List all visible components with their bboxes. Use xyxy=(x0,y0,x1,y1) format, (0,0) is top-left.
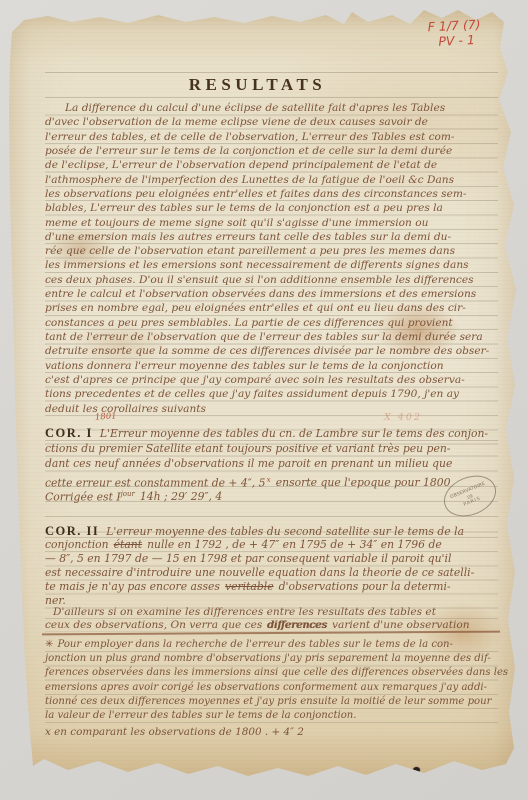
corrected-epoch-value: 14h ; 29′ 29″, 4 xyxy=(140,490,222,503)
manuscript-line: cette erreur est constamment de + 4″, 5x… xyxy=(45,472,498,487)
corollary-2-text: L'erreur moyenne des tables du second sa… xyxy=(106,525,464,538)
manuscript-line: entre le calcul et l'observation observé… xyxy=(45,287,498,301)
manuscript-line: te mais je n'ay pas encore assesveritabl… xyxy=(45,580,498,594)
cor2-line5-end: d'observations pour la determi- xyxy=(279,580,451,593)
archive-ref-line2: PV - 1 xyxy=(438,32,482,49)
manuscript-line: est necessaire d'introduire une nouvelle… xyxy=(45,566,498,580)
closing-line-end: varient d'une observation xyxy=(332,619,470,631)
manuscript-line: La difference du calcul d'une éclipse de… xyxy=(45,101,498,115)
manuscript-line: rée que celle de l'observation etant par… xyxy=(45,244,498,258)
manuscript-line: conjonctionétantnulle en 1792 , de + 47″… xyxy=(45,538,498,552)
manuscript-page: F 1/7 (7) PV - 1 RESULTATS La difference… xyxy=(0,0,528,800)
manuscript-line: les observations peu eloignées entr'elle… xyxy=(45,187,498,201)
manuscript-line: tant de l'erreur de l'observation que de… xyxy=(45,330,498,344)
corollary-2-heading: COR. II xyxy=(45,524,99,538)
scan-background: F 1/7 (7) PV - 1 RESULTATS La difference… xyxy=(0,0,528,800)
faded-red-note: X 402 xyxy=(384,412,422,423)
corollary-1-heading: COR. I xyxy=(45,426,93,440)
manuscript-line: vations donnera l'erreur moyenne des tab… xyxy=(45,359,498,373)
epoch-text: ensorte que l'epoque pour 1800 xyxy=(276,476,451,489)
manuscript-line: x en comparant les observations de 1800 … xyxy=(45,726,498,738)
manuscript-line: blables, L'erreur des tables sur le tems… xyxy=(45,201,498,215)
page-title: RESULTATS xyxy=(31,75,484,95)
archive-reference: F 1/7 (7) PV - 1 xyxy=(427,17,481,50)
manuscript-line: l'erreur des tables, et de celle de l'ob… xyxy=(45,130,498,144)
manuscript-line: — 8″, 5 en 1797 de — 15 en 1798 et par c… xyxy=(45,552,498,566)
paragraph-main: La difference du calcul d'une éclipse de… xyxy=(45,101,498,445)
manuscript-line: ✳Pour employer dans la recherche de l'er… xyxy=(45,638,498,652)
overwritten-word: differences xyxy=(267,619,327,631)
manuscript-line: dant ces neuf années d'observations il m… xyxy=(45,456,498,471)
inserted-year-note: 1801 xyxy=(95,411,117,422)
manuscript-line: meme et toujours de meme signe soit qu'i… xyxy=(45,216,498,230)
manuscript-line: Corrigée est Ijour14h ; 29′ 29″, 4 xyxy=(45,487,498,502)
ruled-line xyxy=(45,72,498,73)
cor2-line5-text: te mais je n'ay pas encore asses xyxy=(45,580,220,593)
closing-line-text: ceux des observations, On verra que ces xyxy=(45,619,262,631)
manuscript-line: la valeur de l'erreur des tables sur le … xyxy=(45,709,498,723)
ink-blot xyxy=(413,767,420,773)
jour-superscript: jour xyxy=(121,490,135,498)
manuscript-line: tions precedentes et de celles que j'ay … xyxy=(45,387,498,401)
manuscript-line: ferences observées dans les immersions a… xyxy=(45,666,498,680)
manuscript-line: ctions du premier Satellite etant toujou… xyxy=(45,441,498,456)
asterisk-mark: ✳ xyxy=(45,639,53,650)
manuscript-line: COR. IIL'erreur moyenne des tables du se… xyxy=(45,524,498,538)
corollary-1-text: L'Erreur moyenne des tables du cn. de La… xyxy=(100,427,488,440)
footnote-text: Pour employer dans la recherche de l'err… xyxy=(57,639,453,650)
struck-word: étant xyxy=(114,538,142,551)
manuscript-line: posée de l'erreur sur le tems de la conj… xyxy=(45,144,498,158)
manuscript-line: ces deux phases. D'ou il s'ensuit que si… xyxy=(45,273,498,287)
footnote-reference-mark: x xyxy=(267,475,271,484)
corrected-epoch-text: Corrigée est I xyxy=(45,490,121,503)
corollary-2: COR. IIL'erreur moyenne des tables du se… xyxy=(45,524,498,609)
manuscript-line: COR. IL'Erreur moyenne des tables du cn.… xyxy=(45,426,498,441)
corollary-1: COR. IL'Erreur moyenne des tables du cn.… xyxy=(45,426,498,533)
comparison-note: x en comparant les observations de 1800 … xyxy=(45,726,498,738)
manuscript-line: emersions apres avoir corigé les observa… xyxy=(45,681,498,695)
struck-word: veritable xyxy=(225,580,274,593)
manuscript-line: jonction un plus grand nombre d'observat… xyxy=(45,652,498,666)
conjonction-text: conjonction xyxy=(45,538,109,551)
manuscript-line: constances a peu pres semblables. La par… xyxy=(45,316,498,330)
manuscript-line: d'une emersion mais les autres erreurs t… xyxy=(45,230,498,244)
ruled-line xyxy=(45,97,498,98)
stamp-text-bottom: PARIS xyxy=(463,496,482,507)
manuscript-line: c'est d'apres ce principe que j'ay compa… xyxy=(45,373,498,387)
footnote-block: ✳Pour employer dans la recherche de l'er… xyxy=(45,638,498,723)
manuscript-line: detruite ensorte que la somme de ces dif… xyxy=(45,344,498,358)
manuscript-line: prises en nombre egal, peu eloignées ent… xyxy=(45,301,498,315)
manuscript-line: de l'eclipse, L'erreur de l'observation … xyxy=(45,158,498,172)
manuscript-line: d'avec l'observation de la meme eclipse … xyxy=(45,115,498,129)
manuscript-line: tionné ces deux differences moyennes et … xyxy=(45,695,498,709)
manuscript-line: les immersions et les emersions sont nec… xyxy=(45,258,498,272)
paragraph-closing: D'ailleurs si on examine les differences… xyxy=(45,606,498,632)
yearly-errors-text: nulle en 1792 , de + 47″ en 1795 de + 34… xyxy=(147,538,442,551)
manuscript-line: l'athmosphere de l'imperfection des Lune… xyxy=(45,173,498,187)
manuscript-line: D'ailleurs si on examine les differences… xyxy=(45,606,498,619)
